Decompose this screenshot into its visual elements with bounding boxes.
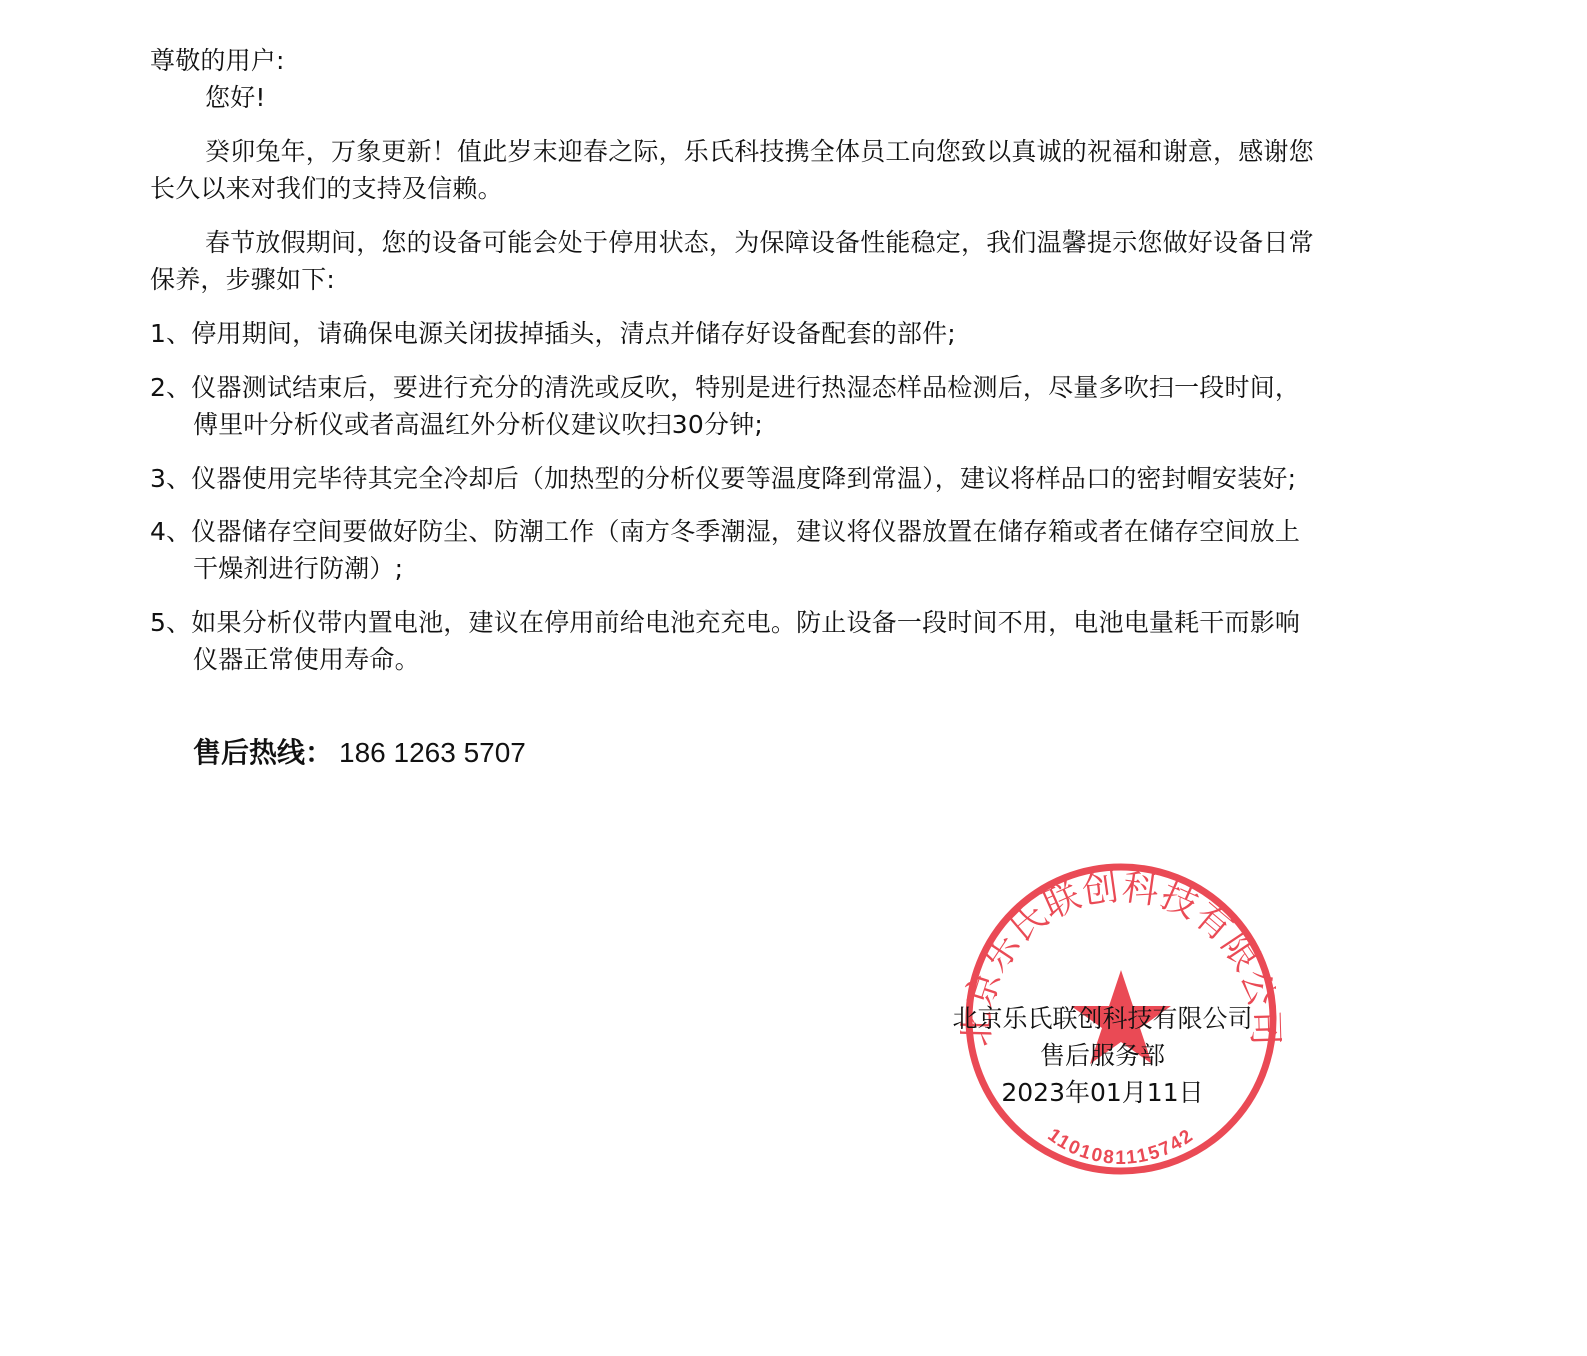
signature-department: 售后服务部	[930, 1037, 1275, 1074]
signature-block: 北京乐氏联创科技有限公司 售后服务部 2023年01月11日	[930, 1000, 1275, 1111]
signature-date: 2023年01月11日	[930, 1074, 1275, 1111]
paragraph2-line2: 保养，步骤如下:	[150, 263, 335, 297]
step-5: 5、如果分析仪带内置电池，建议在停用前给电池充充电。防止设备一段时间不用，电池电…	[150, 606, 1300, 640]
step-5-continued: 仪器正常使用寿命。	[193, 643, 420, 677]
step-4-continued: 干燥剂进行防潮）;	[193, 552, 403, 586]
step-2: 2、仪器测试结束后，要进行充分的清洗或反吹，特别是进行热湿态样品检测后，尽量多吹…	[150, 371, 1300, 405]
paragraph1-line2: 长久以来对我们的支持及信赖。	[150, 172, 503, 206]
hotline-number[interactable]: 186 1263 5707	[339, 737, 526, 768]
paragraph2-line1: 春节放假期间，您的设备可能会处于停用状态，为保障设备性能稳定，我们温馨提示您做好…	[205, 226, 1314, 260]
paragraph1-line1: 癸卯兔年，万象更新！值此岁末迎春之际，乐氏科技携全体员工向您致以真诚的祝福和谢意…	[205, 135, 1314, 169]
step-3: 3、仪器使用完毕待其完全冷却后（加热型的分析仪要等温度降到常温），建议将样品口的…	[150, 462, 1296, 496]
letter-page: 尊敬的用户: 您好! 癸卯兔年，万象更新！值此岁末迎春之际，乐氏科技携全体员工向…	[0, 0, 1587, 1356]
greeting: 您好!	[205, 81, 266, 115]
signature-company: 北京乐氏联创科技有限公司	[930, 1000, 1275, 1037]
hotline: 售后热线：186 1263 5707	[193, 734, 526, 772]
hotline-label: 售后热线：	[193, 736, 333, 769]
step-4: 4、仪器储存空间要做好防尘、防潮工作（南方冬季潮湿，建议将仪器放置在储存箱或者在…	[150, 515, 1300, 549]
step-2-continued: 傅里叶分析仪或者高温红外分析仪建议吹扫30分钟;	[193, 408, 763, 442]
step-1: 1、停用期间，请确保电源关闭拔掉插头，清点并储存好设备配套的部件;	[150, 317, 956, 351]
salutation: 尊敬的用户:	[150, 44, 285, 78]
